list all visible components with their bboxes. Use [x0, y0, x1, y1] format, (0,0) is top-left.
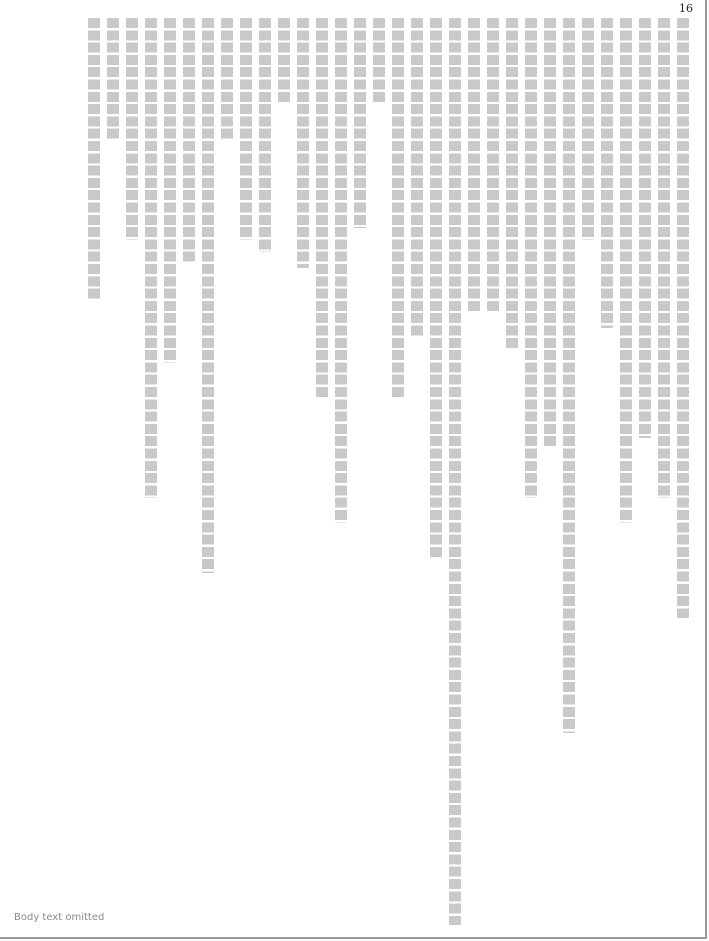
- text-column-redacted: [126, 18, 138, 240]
- text-column-redacted: [582, 18, 594, 240]
- text-column-redacted: [620, 18, 632, 523]
- page-number: 16: [679, 2, 693, 15]
- text-column-redacted: [563, 18, 575, 733]
- text-column-redacted: [164, 18, 176, 363]
- text-column-redacted: [316, 18, 328, 398]
- text-column-redacted: [506, 18, 518, 350]
- text-column-redacted: [601, 18, 613, 328]
- text-column-redacted: [354, 18, 366, 228]
- text-column-redacted: [278, 18, 290, 104]
- text-column-redacted: [88, 18, 100, 301]
- text-column-redacted: [240, 18, 252, 240]
- text-column-redacted: [639, 18, 651, 438]
- text-column-redacted: [430, 18, 442, 558]
- text-column-redacted: [468, 18, 480, 313]
- book-page: 16 Body text omitted: [0, 0, 707, 939]
- text-column-redacted: [335, 18, 347, 523]
- text-column-redacted: [183, 18, 195, 264]
- redaction-notice: Body text omitted: [14, 912, 104, 923]
- text-column-redacted: [373, 18, 385, 104]
- text-column-redacted: [411, 18, 423, 338]
- text-column-redacted: [544, 18, 556, 448]
- text-column-redacted: [259, 18, 271, 252]
- text-column-redacted: [202, 18, 214, 573]
- text-column-redacted: [449, 18, 461, 925]
- text-column-redacted: [107, 18, 119, 141]
- text-column-redacted: [677, 18, 689, 618]
- text-column-redacted: [221, 18, 233, 141]
- text-column-redacted: [145, 18, 157, 498]
- text-column-redacted: [297, 18, 309, 268]
- text-column-redacted: [658, 18, 670, 498]
- text-column-redacted: [487, 18, 499, 313]
- text-column-redacted: [392, 18, 404, 398]
- text-column-redacted: [525, 18, 537, 498]
